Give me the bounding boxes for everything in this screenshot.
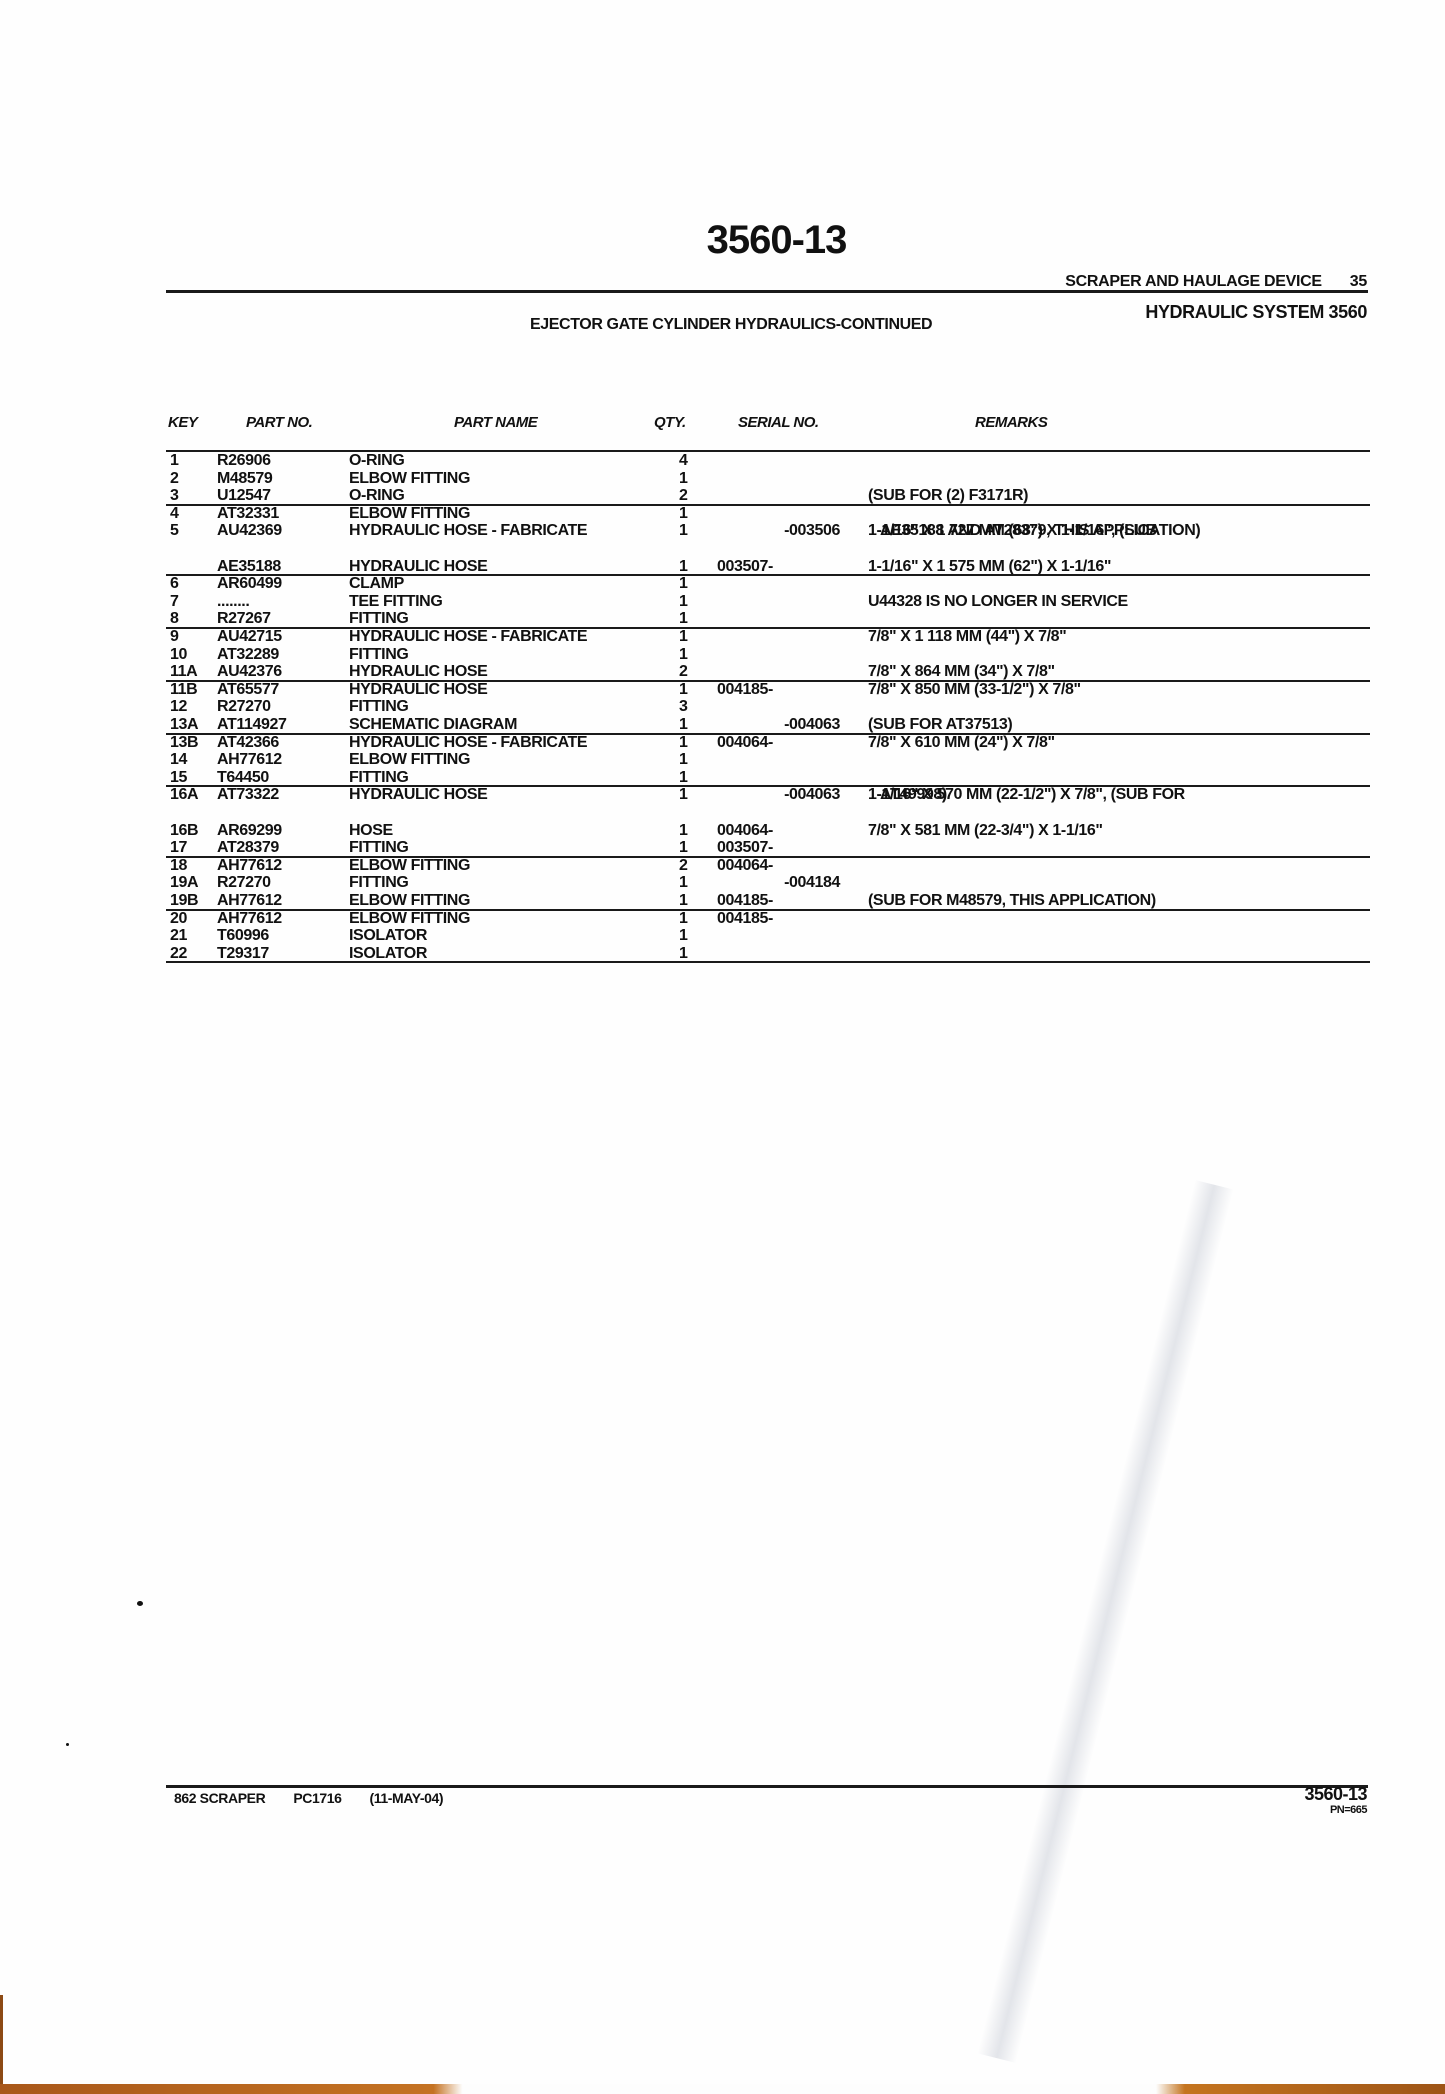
qty-cell: 1 [679, 470, 688, 487]
part-name-cell: HYDRAULIC HOSE - FABRICATE [349, 522, 587, 539]
footer-pn-code: PN=665 [1304, 1805, 1367, 1815]
footer-rule [166, 1785, 1368, 1788]
table-row: 13BAT42366HYDRAULIC HOSE - FABRICATE1004… [0, 734, 1445, 752]
qty-cell: 1 [679, 910, 688, 927]
part-name-cell: HYDRAULIC HOSE - FABRICATE [349, 734, 587, 751]
page-number-title: 3560-13 [54, 218, 1445, 263]
table-row: 4AT32331ELBOW FITTING1 [0, 505, 1445, 523]
part-name-cell: ISOLATOR [349, 927, 427, 944]
part-no-cell: AH77612 [217, 751, 282, 768]
column-header-serial-no: SERIAL NO. [738, 414, 819, 431]
part-name-cell: O-RING [349, 487, 404, 504]
qty-cell: 3 [679, 698, 688, 715]
part-no-cell: AR69299 [217, 822, 282, 839]
part-name-cell: HYDRAULIC HOSE [349, 558, 487, 575]
table-row: 15T64450FITTING1 [0, 769, 1445, 787]
part-no-cell: M48579 [217, 470, 272, 487]
remarks-cell: 1-1/16" X 1 575 MM (62") X 1-1/16" [868, 558, 1111, 575]
key-cell: 4 [170, 505, 179, 522]
remarks-cell: 7/8" X 1 118 MM (44") X 7/8" [868, 628, 1066, 645]
part-no-cell: R27267 [217, 610, 271, 627]
ink-speck [66, 1743, 69, 1746]
table-row: 20AH77612ELBOW FITTING1004185- [0, 910, 1445, 928]
key-cell: 15 [170, 769, 187, 786]
serial-no-cell: 004185- [717, 892, 773, 909]
part-name-cell: HYDRAULIC HOSE [349, 681, 487, 698]
qty-cell: 1 [679, 874, 688, 891]
key-cell: 9 [170, 628, 179, 645]
table-row: 11AAU42376HYDRAULIC HOSE27/8" X 864 MM (… [0, 663, 1445, 681]
qty-cell: 1 [679, 522, 688, 539]
part-no-cell: T60996 [217, 927, 269, 944]
part-name-cell: ELBOW FITTING [349, 751, 470, 768]
key-cell: 5 [170, 522, 179, 539]
key-cell: 20 [170, 910, 187, 927]
serial-no-cell: 004064- [717, 857, 773, 874]
serial-no-cell: 003507- [717, 558, 773, 575]
qty-cell: 1 [679, 769, 688, 786]
subsystem-heading: HYDRAULIC SYSTEM 3560 [1145, 302, 1367, 323]
remarks-cell: U44328 IS NO LONGER IN SERVICE [868, 593, 1128, 610]
header-rule [166, 290, 1368, 293]
serial-no-cell: 004064- [717, 822, 773, 839]
key-cell: 22 [170, 945, 187, 962]
part-no-cell: AH77612 [217, 892, 282, 909]
table-row: 8R27267FITTING1 [0, 610, 1445, 628]
part-no-cell: AT73322 [217, 786, 279, 803]
parts-catalog-page: 3560-13 SCRAPER AND HAULAGE DEVICE35 HYD… [0, 0, 1445, 2094]
key-cell: 1 [170, 452, 179, 469]
desk-edge [0, 2084, 1445, 2094]
desk-edge [0, 1995, 3, 2094]
qty-cell: 1 [679, 751, 688, 768]
part-name-cell: SCHEMATIC DIAGRAM [349, 716, 517, 733]
qty-cell: 1 [679, 839, 688, 856]
part-name-cell: ELBOW FITTING [349, 910, 470, 927]
footer-page-number: 3560-13 [1304, 1784, 1367, 1804]
table-row: 1R26906O-RING4 [0, 452, 1445, 470]
table-row: 10AT32289FITTING1 [0, 646, 1445, 664]
part-no-cell: AR60499 [217, 575, 282, 592]
key-cell: 2 [170, 470, 179, 487]
part-name-cell: FITTING [349, 874, 408, 891]
remarks-cell: 7/8" X 581 MM (22-3/4") X 1-1/16" [868, 822, 1103, 839]
qty-cell: 1 [679, 945, 688, 962]
part-no-cell: AT32331 [217, 505, 279, 522]
footer-page-ref: 3560-13 PN=665 [1304, 1784, 1367, 1815]
part-no-cell: AT65577 [217, 681, 279, 698]
table-row: 17AT28379FITTING1003507- [0, 839, 1445, 857]
qty-cell: 2 [679, 857, 688, 874]
column-header-qty: QTY. [654, 414, 686, 431]
serial-no-cell: 004185- [717, 681, 773, 698]
table-row: 11BAT65577HYDRAULIC HOSE1004185-7/8" X 8… [0, 681, 1445, 699]
paper-crease [977, 1180, 1234, 2063]
qty-cell: 1 [679, 628, 688, 645]
qty-cell: 1 [679, 558, 688, 575]
qty-cell: 1 [679, 593, 688, 610]
footer-date: (11-MAY-04) [370, 1790, 444, 1806]
key-cell: 11A [170, 663, 197, 680]
table-row: 18AH77612ELBOW FITTING2004064- [0, 857, 1445, 875]
serial-no-cell: 004185- [717, 910, 773, 927]
column-header-remarks: REMARKS [975, 414, 1047, 431]
part-no-cell: R27270 [217, 698, 271, 715]
part-no-cell: AT114927 [217, 716, 286, 733]
serial-no-cell: -004063 [784, 716, 840, 733]
group-subtitle: EJECTOR GATE CYLINDER HYDRAULICS-CONTINU… [530, 316, 932, 334]
key-cell: 19B [170, 892, 198, 909]
part-no-cell: T64450 [217, 769, 269, 786]
remarks-cell: (SUB FOR M48579, THIS APPLICATION) [868, 892, 1156, 909]
part-no-cell: AU42376 [217, 663, 282, 680]
qty-cell: 1 [679, 927, 688, 944]
part-name-cell: ISOLATOR [349, 945, 427, 962]
key-cell: 16B [170, 822, 198, 839]
part-no-cell: AH77612 [217, 857, 282, 874]
key-cell: 14 [170, 751, 187, 768]
remarks-cell: 7/8" X 850 MM (33-1/2") X 7/8" [868, 681, 1081, 698]
table-row: 12R27270FITTING3 [0, 698, 1445, 716]
table-row: 14AH77612ELBOW FITTING1 [0, 751, 1445, 769]
part-name-cell: HYDRAULIC HOSE - FABRICATE [349, 628, 587, 645]
key-cell: 16A [170, 786, 198, 803]
section-heading: SCRAPER AND HAULAGE DEVICE35 [1065, 273, 1367, 291]
table-row: 9AU42715HYDRAULIC HOSE - FABRICATE17/8" … [0, 628, 1445, 646]
qty-cell: 2 [679, 663, 688, 680]
key-cell: 10 [170, 646, 187, 663]
part-name-cell: ELBOW FITTING [349, 892, 470, 909]
column-header-key: KEY [168, 414, 197, 431]
part-name-cell: FITTING [349, 839, 408, 856]
qty-cell: 1 [679, 610, 688, 627]
part-no-cell: R27270 [217, 874, 271, 891]
column-header-part-name: PART NAME [454, 414, 537, 431]
table-row: 21T60996ISOLATOR1 [0, 927, 1445, 945]
qty-cell: 1 [679, 575, 688, 592]
key-cell: 6 [170, 575, 179, 592]
table-row: AE35188HYDRAULIC HOSE1003507-1-1/16" X 1… [0, 558, 1445, 576]
part-name-cell: ELBOW FITTING [349, 505, 470, 522]
footer-info: 862 SCRAPERPC1716(11-MAY-04) [174, 1790, 471, 1806]
table-row: 3U12547O-RING2(SUB FOR (2) F3171R) [0, 487, 1445, 505]
table-row: 16AAT73322HYDRAULIC HOSE1-0040631-1/16" … [0, 786, 1445, 804]
remarks-continuation: AE35188 AND AT28379, THIS APPLICATION) [868, 522, 1200, 539]
part-name-cell: O-RING [349, 452, 404, 469]
part-name-cell: ELBOW FITTING [349, 470, 470, 487]
key-cell: 11B [170, 681, 197, 698]
qty-cell: 1 [679, 734, 688, 751]
table-row: 16BAR69299HOSE1004064-7/8" X 581 MM (22-… [0, 822, 1445, 840]
group-divider [166, 961, 1370, 963]
part-name-cell: HYDRAULIC HOSE [349, 786, 487, 803]
remarks-cell: (SUB FOR (2) F3171R) [868, 487, 1028, 504]
table-row: 19BAH77612ELBOW FITTING1004185-(SUB FOR … [0, 892, 1445, 910]
remarks-cell: 7/8" X 864 MM (34") X 7/8" [868, 663, 1055, 680]
key-cell: 13B [170, 734, 198, 751]
serial-no-cell: -003506 [784, 522, 840, 539]
part-no-cell: AU42369 [217, 522, 282, 539]
serial-no-cell: -004184 [784, 874, 840, 891]
qty-cell: 4 [679, 452, 688, 469]
table-row: 2M48579ELBOW FITTING1 [0, 470, 1445, 488]
key-cell: 18 [170, 857, 187, 874]
part-name-cell: TEE FITTING [349, 593, 442, 610]
remarks-cell: 7/8" X 610 MM (24") X 7/8" [868, 734, 1055, 751]
serial-no-cell: 003507- [717, 839, 773, 856]
key-cell: 3 [170, 487, 179, 504]
qty-cell: 1 [679, 646, 688, 663]
qty-cell: 1 [679, 681, 688, 698]
footer-model: 862 SCRAPER [174, 1790, 265, 1806]
qty-cell: 1 [679, 716, 688, 733]
table-row: 7........TEE FITTING1U44328 IS NO LONGER… [0, 593, 1445, 611]
part-no-cell: AT28379 [217, 839, 279, 856]
part-no-cell: AT42366 [217, 734, 279, 751]
part-name-cell: FITTING [349, 610, 408, 627]
remarks-continuation: AT49998) [868, 786, 947, 803]
footer-catalog: PC1716 [293, 1790, 341, 1806]
part-no-cell: AT32289 [217, 646, 279, 663]
part-name-cell: HOSE [349, 822, 393, 839]
part-no-cell: AE35188 [217, 558, 281, 575]
part-no-cell: ........ [217, 593, 249, 610]
qty-cell: 1 [679, 786, 688, 803]
key-cell: 7 [170, 593, 179, 610]
ink-speck [137, 1601, 143, 1606]
part-name-cell: FITTING [349, 646, 408, 663]
part-no-cell: U12547 [217, 487, 271, 504]
part-name-cell: ELBOW FITTING [349, 857, 470, 874]
qty-cell: 1 [679, 892, 688, 909]
part-no-cell: AH77612 [217, 910, 282, 927]
key-cell: 21 [170, 927, 187, 944]
key-cell: 19A [170, 874, 198, 891]
section-name: SCRAPER AND HAULAGE DEVICE [1065, 273, 1322, 290]
key-cell: 17 [170, 839, 187, 856]
table-row: 5AU42369HYDRAULIC HOSE - FABRICATE1-0035… [0, 522, 1445, 540]
key-cell: 8 [170, 610, 179, 627]
part-name-cell: HYDRAULIC HOSE [349, 663, 487, 680]
serial-no-cell: -004063 [784, 786, 840, 803]
qty-cell: 2 [679, 487, 688, 504]
part-name-cell: FITTING [349, 769, 408, 786]
serial-no-cell: 004064- [717, 734, 773, 751]
part-no-cell: T29317 [217, 945, 269, 962]
table-row: 22T29317ISOLATOR1 [0, 945, 1445, 963]
part-no-cell: R26906 [217, 452, 271, 469]
key-cell: 12 [170, 698, 187, 715]
remarks-cell: 1-1/16" X 1 727 MM (68") X 1-1/16", (SUB… [868, 522, 1157, 539]
table-row: 13AAT114927SCHEMATIC DIAGRAM1-004063(SUB… [0, 716, 1445, 734]
section-number: 35 [1350, 273, 1367, 290]
table-row: 19AR27270FITTING1-004184 [0, 874, 1445, 892]
part-name-cell: FITTING [349, 698, 408, 715]
part-no-cell: AU42715 [217, 628, 282, 645]
qty-cell: 1 [679, 505, 688, 522]
remarks-cell: (SUB FOR AT37513) [868, 716, 1012, 733]
key-cell: 13A [170, 716, 198, 733]
qty-cell: 1 [679, 822, 688, 839]
part-name-cell: CLAMP [349, 575, 404, 592]
remarks-cell: 1-1/16" X 570 MM (22-1/2") X 7/8", (SUB … [868, 786, 1185, 803]
column-header-part-no: PART NO. [246, 414, 312, 431]
table-row: 6AR60499CLAMP1 [0, 575, 1445, 593]
